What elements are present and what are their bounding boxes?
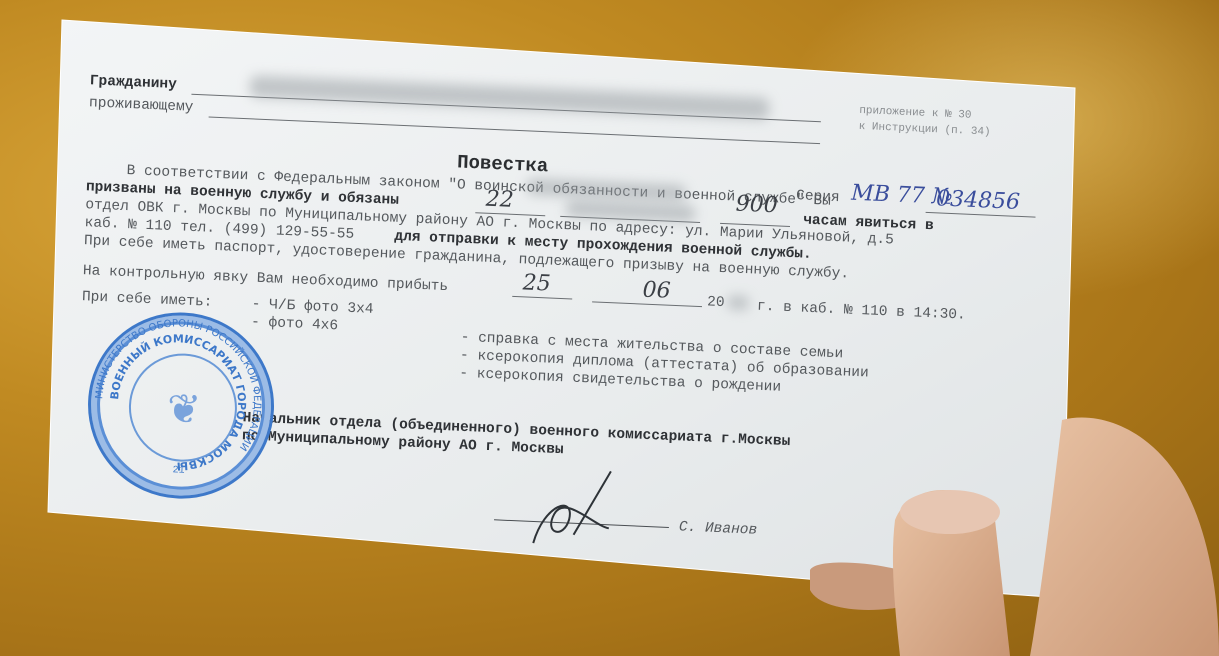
residence-line xyxy=(209,116,820,144)
report-time-handwritten: 900 xyxy=(735,192,778,219)
redacted-year xyxy=(727,295,749,310)
stamp-inner-ring: ❦ xyxy=(127,351,239,464)
control-tail: г. в каб. № 110 в 14:30. xyxy=(757,299,966,324)
signatory-name: С. Иванов xyxy=(679,519,758,538)
control-day-handwritten: 25 xyxy=(522,270,551,296)
control-month-handwritten: 06 xyxy=(642,278,671,304)
bring-label: При себе иметь: xyxy=(82,289,213,311)
header-right-line1: приложение к № 30 xyxy=(859,105,972,122)
report-day-handwritten: 22 xyxy=(485,187,514,213)
control-day-line xyxy=(512,296,572,300)
control-year: 20 xyxy=(707,294,725,311)
residence-label: проживающему xyxy=(89,95,194,116)
hand xyxy=(800,400,1219,656)
number-value: 034856 xyxy=(936,186,1021,215)
redacted-name xyxy=(249,75,769,120)
control-line: На контрольную явку Вам необходимо прибы… xyxy=(83,263,449,295)
signature-scribble xyxy=(513,462,636,557)
eagle-emblem-icon: ❦ xyxy=(129,353,237,461)
document-title: Повестка xyxy=(457,151,549,177)
redacted-text xyxy=(526,178,686,201)
header-right-line2: к Инструкции (п. 34) xyxy=(858,121,990,139)
addressee-label: Гражданину xyxy=(90,73,178,93)
official-stamp: МИНИСТЕРСТВО ОБОРОНЫ РОССИЙСКОЙ ФЕДЕРАЦИ… xyxy=(85,309,278,503)
